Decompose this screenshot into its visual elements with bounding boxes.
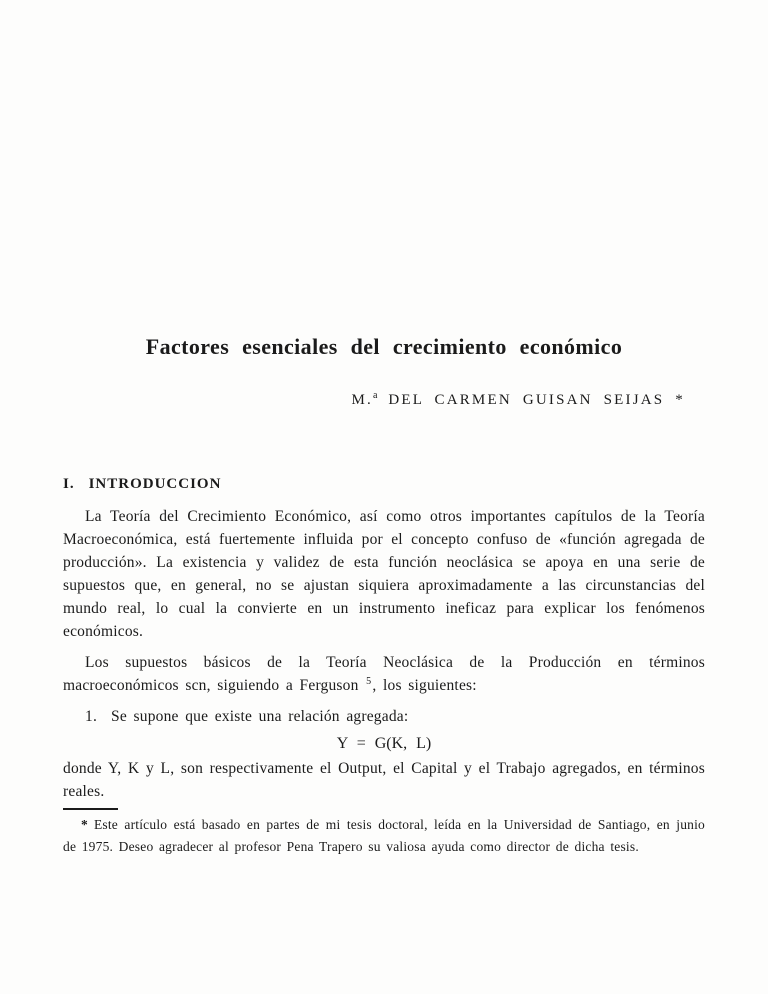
footnote-separator (63, 808, 118, 810)
paper-page: Factores esenciales del crecimiento econ… (0, 0, 768, 994)
list-item-1: 1.Se supone que existe una relación agre… (63, 705, 705, 728)
paragraph-donde: donde Y, K y L, son respectivamente el O… (63, 757, 705, 803)
list-item-number: 1. (85, 708, 97, 725)
footnote: *Este artículo está basado en partes de … (63, 814, 705, 858)
section-number: I. (63, 476, 75, 492)
paragraph-2-tail: , los siguientes: (372, 677, 476, 694)
author-prefix: M. (351, 392, 373, 408)
footnote-text: Este artículo está basado en partes de m… (63, 817, 705, 854)
author-line: M.a DEL CARMEN GUISAN SEIJAS * (63, 387, 705, 409)
intro-paragraph-1: La Teoría del Crecimiento Económico, así… (63, 505, 705, 643)
page-title: Factores esenciales del crecimiento econ… (63, 334, 705, 360)
list-item-text: Se supone que existe una relación agrega… (111, 708, 408, 725)
section-heading: I.INTRODUCCION (63, 475, 705, 493)
footnote-marker: * (81, 817, 88, 832)
section-label: INTRODUCCION (89, 476, 222, 492)
author-name: DEL CARMEN GUISAN SEIJAS * (377, 392, 685, 408)
equation: Y = G(K, L) (63, 732, 705, 755)
footnote-reference: 5 (366, 676, 371, 687)
intro-paragraph-2: Los supuestos básicos de la Teoría Neocl… (63, 651, 705, 697)
